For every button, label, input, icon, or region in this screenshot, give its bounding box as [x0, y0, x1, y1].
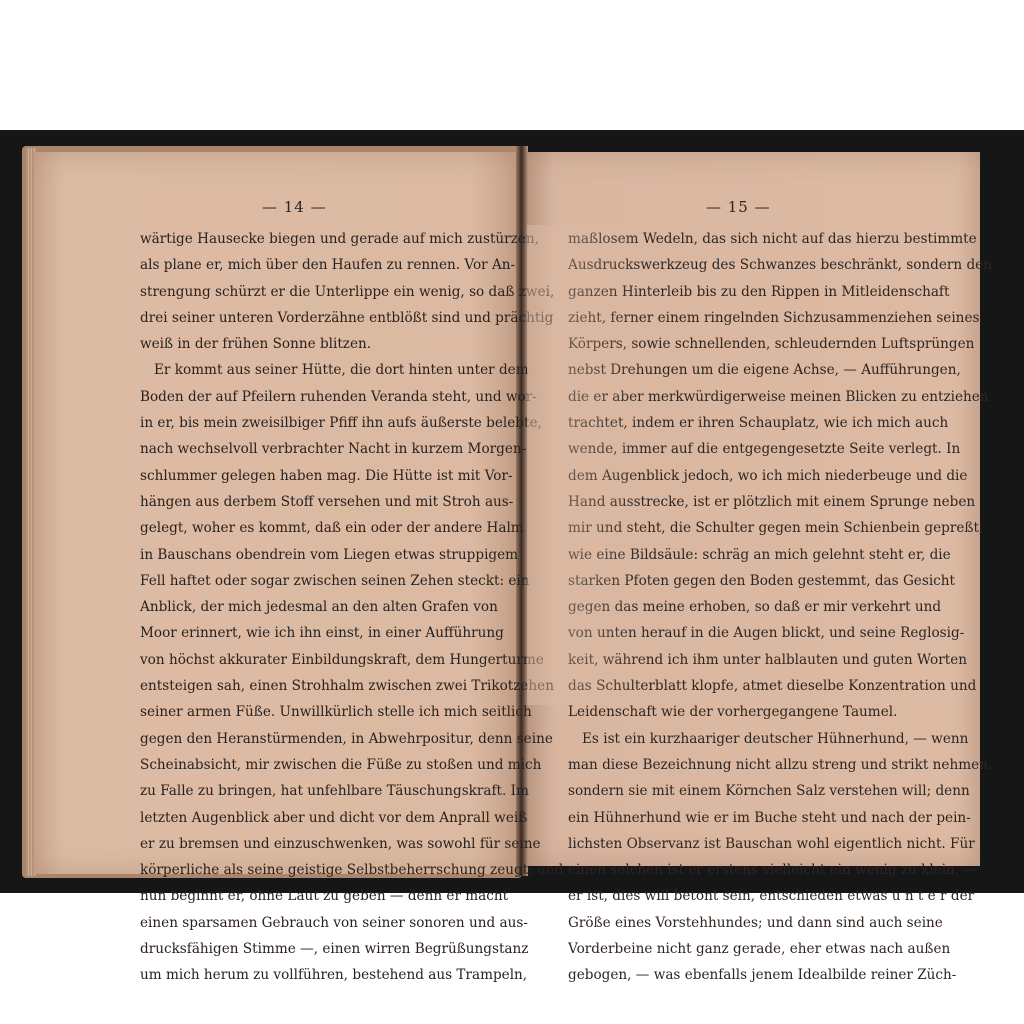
text-line: sondern sie mit einem Körnchen Salz vers…: [568, 778, 908, 804]
text-line: von unten herauf in die Augen blickt, un…: [568, 620, 908, 646]
text-line: Boden der auf Pfeilern ruhenden Veranda …: [140, 384, 488, 410]
text-line: von höchst akkurater Einbildungskraft, d…: [140, 647, 488, 673]
text-line: mir und steht, die Schulter gegen mein S…: [568, 515, 908, 541]
text-line: drei seiner unteren Vorderzähne entblößt…: [140, 305, 488, 331]
text-line: er zu bremsen und einzuschwenken, was so…: [140, 831, 488, 857]
text-line: maßlosem Wedeln, das sich nicht auf das …: [568, 226, 908, 252]
text-line: gegen das meine erhoben, so daß er mir v…: [568, 594, 908, 620]
text-line: schlummer gelegen haben mag. Die Hütte i…: [140, 463, 488, 489]
text-line: Anblick, der mich jedesmal an den alten …: [140, 594, 488, 620]
text-line: weiß in der frühen Sonne blitzen.: [140, 331, 488, 357]
text-line: strengung schürzt er die Unterlippe ein …: [140, 279, 488, 305]
text-line: wende, immer auf die entgegengesetzte Se…: [568, 436, 908, 462]
text-line: lichsten Observanz ist Bauschan wohl eig…: [568, 831, 908, 857]
text-line: gebogen, — was ebenfalls jenem Idealbild…: [568, 962, 908, 988]
text-line: Vorderbeine nicht ganz gerade, eher etwa…: [568, 936, 908, 962]
text-line: Hand ausstrecke, ist er plötzlich mit ei…: [568, 489, 908, 515]
text-line: als plane er, mich über den Haufen zu re…: [140, 252, 488, 278]
text-line: Fell haftet oder sogar zwischen seinen Z…: [140, 568, 488, 594]
text-line: letzten Augenblick aber und dicht vor de…: [140, 805, 488, 831]
text-line: er ist, dies will betont sein, entschied…: [568, 883, 908, 909]
text-line: in er, bis mein zweisilbiger Pfiff ihn a…: [140, 410, 488, 436]
left-page-text: wärtige Hausecke biegen und gerade auf m…: [140, 226, 488, 989]
text-line: die er aber merkwürdigerweise meinen Bli…: [568, 384, 908, 410]
text-line: nun beginnt er, ohne Laut zu geben — den…: [140, 883, 488, 909]
text-line: Moor erinnert, wie ich ihn einst, in ein…: [140, 620, 488, 646]
text-line: nach wechselvoll verbrachter Nacht in ku…: [140, 436, 488, 462]
text-line: man diese Bezeichnung nicht allzu streng…: [568, 752, 908, 778]
text-line: Leidenschaft wie der vorhergegangene Tau…: [568, 699, 908, 725]
text-line: dem Augenblick jedoch, wo ich mich niede…: [568, 463, 908, 489]
text-line: Größe eines Vorstehhundes; und dann sind…: [568, 910, 908, 936]
text-line: zu Falle zu bringen, hat unfehlbare Täus…: [140, 778, 488, 804]
text-line: hängen aus derbem Stoff versehen und mit…: [140, 489, 488, 515]
text-line: Er kommt aus seiner Hütte, die dort hint…: [140, 357, 488, 383]
text-line: ganzen Hinterleib bis zu den Rippen in M…: [568, 279, 908, 305]
text-line: in Bauschans obendrein vom Liegen etwas …: [140, 542, 488, 568]
text-line: entsteigen sah, einen Strohhalm zwischen…: [140, 673, 488, 699]
text-line: ein Hühnerhund wie er im Buche steht und…: [568, 805, 908, 831]
text-line: einen sparsamen Gebrauch von seiner sono…: [140, 910, 488, 936]
text-line: keit, während ich ihm unter halblauten u…: [568, 647, 908, 673]
text-line: Scheinabsicht, mir zwischen die Füße zu …: [140, 752, 488, 778]
text-line: gelegt, woher es kommt, daß ein oder der…: [140, 515, 488, 541]
text-line: starken Pfoten gegen den Boden gestemmt,…: [568, 568, 908, 594]
text-line: wie eine Bildsäule: schräg an mich geleh…: [568, 542, 908, 568]
text-line: drucksfähigen Stimme —, einen wirren Beg…: [140, 936, 488, 962]
text-line: zieht, ferner einem ringelnden Sichzusam…: [568, 305, 908, 331]
text-line: seiner armen Füße. Unwillkürlich stelle …: [140, 699, 488, 725]
text-line: nebst Drehungen um die eigene Achse, — A…: [568, 357, 908, 383]
left-page-number: — 14 —: [262, 198, 327, 216]
text-line: um mich herum zu vollführen, bestehend a…: [140, 962, 488, 988]
right-page-number: — 15 —: [706, 198, 771, 216]
text-line: einen solchen ist er erstens vielleicht …: [568, 857, 908, 883]
text-line: trachtet, indem er ihren Schauplatz, wie…: [568, 410, 908, 436]
text-line: das Schulterblatt klopfe, atmet dieselbe…: [568, 673, 908, 699]
text-line: körperliche als seine geistige Selbstbeh…: [140, 857, 488, 883]
text-line: Ausdruckswerkzeug des Schwanzes beschrän…: [568, 252, 908, 278]
text-line: Es ist ein kurzhaariger deutscher Hühner…: [568, 726, 908, 752]
text-line: Körpers, sowie schnellenden, schleudernd…: [568, 331, 908, 357]
right-page-text: maßlosem Wedeln, das sich nicht auf das …: [568, 226, 908, 989]
text-line: gegen den Heranstürmenden, in Abwehrposi…: [140, 726, 488, 752]
text-line: wärtige Hausecke biegen und gerade auf m…: [140, 226, 488, 252]
